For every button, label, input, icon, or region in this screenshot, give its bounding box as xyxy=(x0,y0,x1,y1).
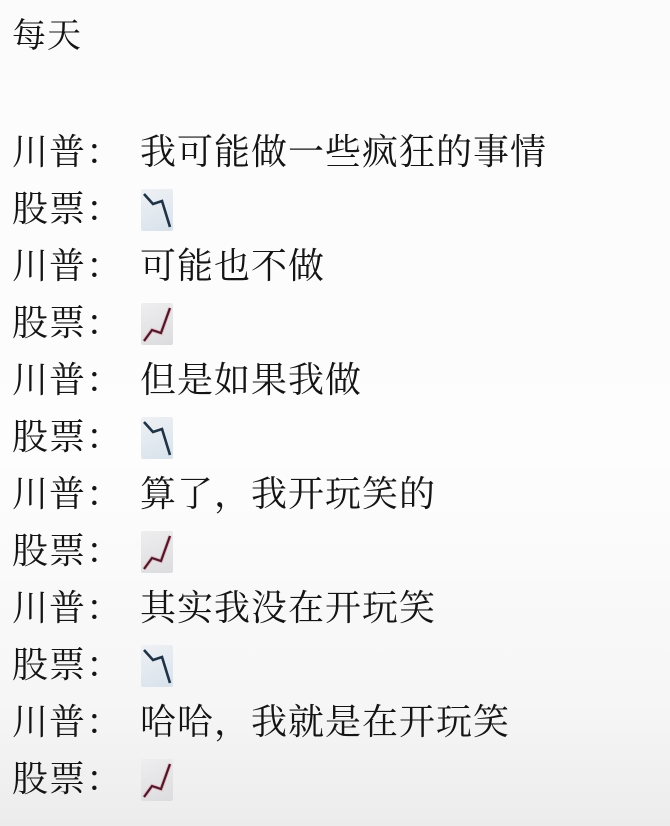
speaker-label: 川普： xyxy=(12,357,140,405)
speaker-label: 股票： xyxy=(12,414,140,462)
dialogue-line-trump: 川普： 可能也不做 xyxy=(12,238,547,295)
speaker-label: 股票： xyxy=(12,528,140,576)
speaker-label: 川普： xyxy=(12,129,140,177)
dialogue-line-trump: 川普： 我可能做一些疯狂的事情 xyxy=(12,124,547,181)
dialogue-line-stocks: 股票： xyxy=(12,751,547,808)
dialogue-line-trump: 川普： 其实我没在开玩笑 xyxy=(12,580,547,637)
chart-increasing-icon xyxy=(141,759,173,801)
dialogue-line-stocks: 股票： xyxy=(12,181,547,238)
speaker-label: 川普： xyxy=(12,585,140,633)
speech-text: 哈哈，我就是在开玩笑 xyxy=(140,699,510,747)
speaker-label: 川普： xyxy=(12,471,140,519)
dialogue-line-trump: 川普： 哈哈，我就是在开玩笑 xyxy=(12,694,547,751)
chart-increasing-icon xyxy=(141,531,173,573)
speech-text: 其实我没在开玩笑 xyxy=(140,585,436,633)
chart-decreasing-icon xyxy=(141,645,173,687)
chart-increasing-icon xyxy=(141,303,173,345)
speech-text: 可能也不做 xyxy=(140,243,325,291)
speaker-label: 股票： xyxy=(12,756,140,804)
speaker-label: 股票： xyxy=(12,186,140,234)
dialogue-line-stocks: 股票： xyxy=(12,637,547,694)
speaker-label: 川普： xyxy=(12,243,140,291)
dialogue-line-trump: 川普： 但是如果我做 xyxy=(12,352,547,409)
page-title: 每天 xyxy=(12,14,82,58)
dialogue-line-stocks: 股票： xyxy=(12,523,547,580)
speaker-label: 股票： xyxy=(12,300,140,348)
speech-text: 算了，我开玩笑的 xyxy=(140,471,436,519)
dialogue-list: 川普： 我可能做一些疯狂的事情 股票： 川普： 可能也不做 股票： 川普： 但是… xyxy=(12,124,547,808)
speech-text: 我可能做一些疯狂的事情 xyxy=(140,129,547,177)
chart-decreasing-icon xyxy=(141,417,173,459)
speaker-label: 股票： xyxy=(12,642,140,690)
speech-text: 但是如果我做 xyxy=(140,357,362,405)
chart-decreasing-icon xyxy=(141,189,173,231)
dialogue-line-stocks: 股票： xyxy=(12,295,547,352)
dialogue-line-trump: 川普： 算了，我开玩笑的 xyxy=(12,466,547,523)
dialogue-line-stocks: 股票： xyxy=(12,409,547,466)
speaker-label: 川普： xyxy=(12,699,140,747)
